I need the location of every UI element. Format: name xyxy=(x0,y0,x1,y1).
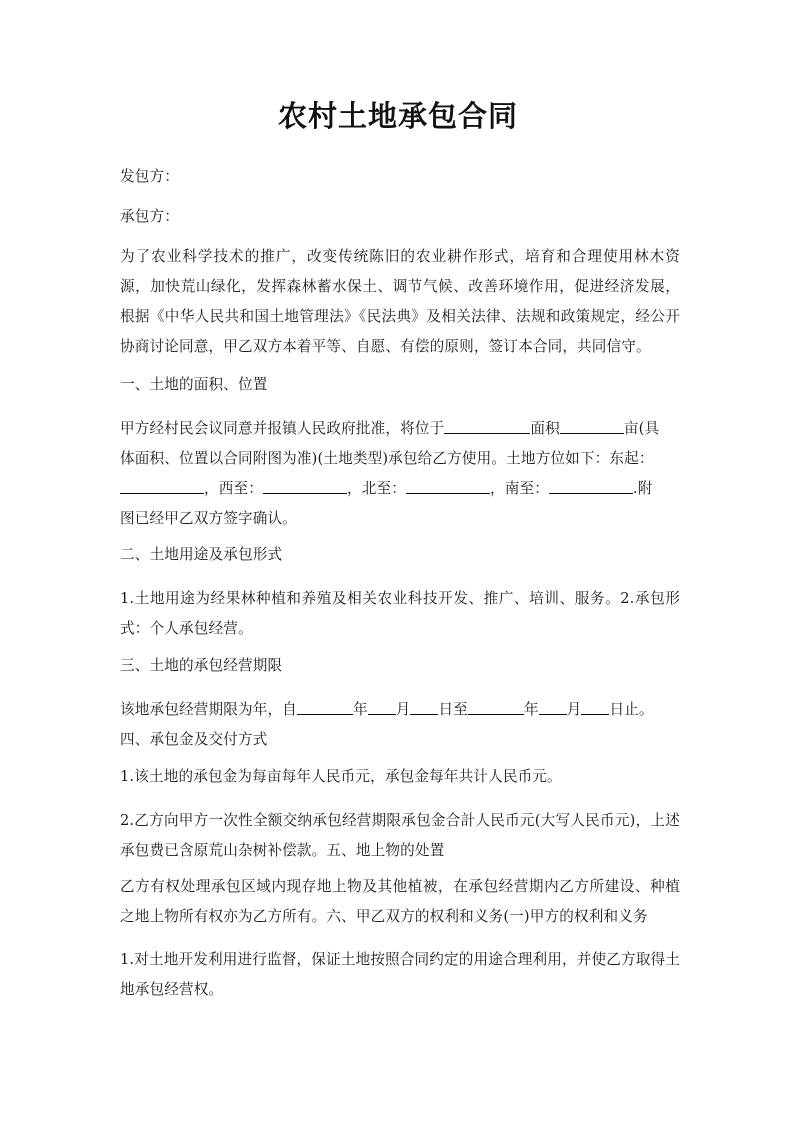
north-boundary-blank[interactable] xyxy=(406,478,490,494)
west-boundary-blank[interactable] xyxy=(263,478,347,494)
section-2-heading: 二、土地用途及承包形式 xyxy=(120,540,676,570)
term-text: 该地承包经营期限为年，自 xyxy=(120,701,297,718)
end-day-blank[interactable] xyxy=(581,699,609,715)
section-1-line-1: 甲方经村民会议同意并报镇人民政府批准，将位于面积亩(具 xyxy=(120,414,676,444)
section-3-heading: 三、土地的承包经营期限 xyxy=(120,651,676,681)
mu-unit-text: 亩(具 xyxy=(624,420,659,437)
area-label: 面积 xyxy=(530,420,560,437)
west-label: ，西至： xyxy=(204,480,263,497)
section-5-body: 乙方有权处理承包区域内现存地上物及其他植被，在承包经营期内乙方所建设、种植之地上… xyxy=(120,872,680,932)
day-end-label: 日止。 xyxy=(609,701,653,718)
issuer-label: 发包方： xyxy=(120,162,676,192)
section-3-term-line: 该地承包经营期限为年，自年月日至年月日止。 xyxy=(120,695,676,725)
location-blank[interactable] xyxy=(444,418,530,434)
year-label: 年 xyxy=(524,701,539,718)
start-year-blank[interactable] xyxy=(297,699,353,715)
end-year-blank[interactable] xyxy=(468,699,524,715)
start-month-blank[interactable] xyxy=(368,699,396,715)
section-4-item-2: 2.乙方向甲方一次性全额交纳承包经营期限承包金合計人民币元(大写人民币元)，上述… xyxy=(120,806,680,866)
end-month-blank[interactable] xyxy=(539,699,567,715)
section-4-heading: 四、承包金及交付方式 xyxy=(120,725,676,755)
section-6-item-1: 1.对土地开发利用进行监督，保证土地按照合同约定的用途合理利用，并使乙方取得土地… xyxy=(120,945,680,1005)
month-label: 月 xyxy=(567,701,582,718)
section-1-line-2: 体面积、位置以合同附图为准)(土地类型)承包给乙方使用。土地方位如下：东起： xyxy=(120,444,676,474)
section-4-item-1: 1.该土地的承包金为每亩每年人民币元，承包金每年共计人民币元。 xyxy=(120,762,676,792)
section-2-body: 1.土地用途为经果林种植和养殖及相关农业科技开发、推广、培训、服务。2.承包形式… xyxy=(120,584,680,644)
north-label: ，北至： xyxy=(347,480,406,497)
section-1-heading: 一、土地的面积、位置 xyxy=(120,370,676,400)
south-label: ，南至： xyxy=(490,480,549,497)
start-day-blank[interactable] xyxy=(410,699,438,715)
area-blank[interactable] xyxy=(560,418,624,434)
section-1-line-3: ，西至：，北至：，南至：.附 xyxy=(120,474,676,504)
document-title: 农村土地承包合同 xyxy=(120,94,676,135)
attachment-text: .附 xyxy=(633,480,653,497)
south-boundary-blank[interactable] xyxy=(549,478,633,494)
east-boundary-blank[interactable] xyxy=(120,478,204,494)
location-text: 甲方经村民会议同意并报镇人民政府批准，将位于 xyxy=(120,420,444,437)
contractor-label: 承包方： xyxy=(120,202,676,232)
section-1-line-4: 图已经甲乙双方签字确认。 xyxy=(120,504,676,534)
month-label: 月 xyxy=(396,701,411,718)
intro-paragraph: 为了农业科学技术的推广，改变传统陈旧的农业耕作形式，培育和合理使用林木资源，加快… xyxy=(120,242,680,362)
day-to-label: 日至 xyxy=(438,701,468,718)
year-label: 年 xyxy=(353,701,368,718)
